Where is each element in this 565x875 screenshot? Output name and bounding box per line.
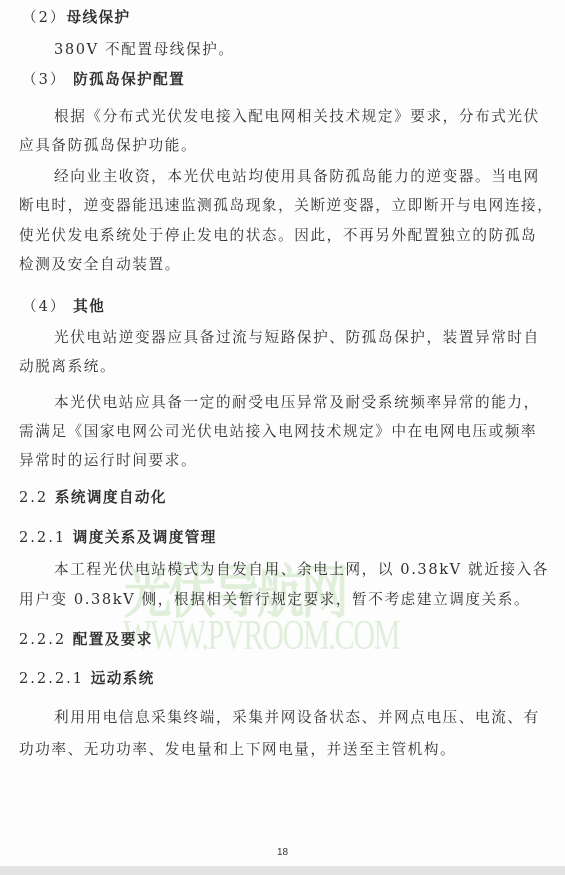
paragraph-line: 异常时的运行时间要求。 — [19, 451, 549, 471]
paragraph-line: 经向业主收资，本光伏电站均使用具备防孤岛能力的逆变器。当电网 — [54, 167, 565, 187]
paragraph-line: 380V 不配置母线保护。 — [54, 40, 565, 60]
paragraph-line: 断电时，逆变器能迅速监测孤岛现象，关断逆变器，立即断开与电网连接， — [19, 196, 549, 216]
paragraph-line: 使光伏发电系统处于停止发电的状态。因此，不再另外配置独立的防孤岛 — [19, 226, 549, 246]
paragraph-line: 检测及安全自动装置。 — [19, 255, 549, 275]
section-number: 2.2 — [19, 489, 55, 506]
bottom-scroll-edge — [0, 866, 565, 875]
section-heading: 2.2.1 调度关系及调度管理 — [19, 528, 549, 548]
section-heading: 2.2 系统调度自动化 — [19, 488, 549, 508]
section-title: 远动系统 — [91, 670, 155, 687]
section-number: 2.2.2.1 — [19, 670, 91, 687]
section-heading: （3） 防孤岛保护配置 — [22, 70, 552, 90]
paragraph-line: 需满足《国家电网公司光伏电站接入电网技术规定》中在电网电压或频率 — [19, 422, 549, 442]
document-page: 光伏导航网 WWW.PVROOM.COM （2）母线保护380V 不配置母线保护… — [0, 0, 565, 866]
document-body: （2）母线保护380V 不配置母线保护。（3） 防孤岛保护配置根据《分布式光伏发… — [0, 0, 565, 866]
paragraph-line: 应具备防孤岛保护功能。 — [19, 136, 549, 156]
paragraph-line: 本光伏电站应具备一定的耐受电压异常及耐受系统频率异常的能力， — [54, 393, 565, 413]
paragraph-line: 功功率、无功功率、发电量和上下网电量，并送至主管机构。 — [19, 740, 549, 760]
section-number: 2.2.1 — [19, 529, 73, 546]
paragraph-line: 用户变 0.38kV 侧，根据相关暂行规定要求，暂不考虑建立调度关系。 — [19, 590, 549, 610]
section-title: 母线保护 — [66, 9, 130, 26]
paragraph-line: 本工程光伏电站模式为自发自用、余电上网，以 0.38kV 就近接入各 — [54, 560, 565, 580]
section-heading: 2.2.2 配置及要求 — [19, 630, 549, 650]
paragraph-line: 根据《分布式光伏发电接入配电网相关技术规定》要求，分布式光伏 — [54, 107, 565, 127]
paragraph-line: 利用用电信息采集终端，采集并网设备状态、并网点电压、电流、有 — [54, 708, 565, 728]
section-heading: 2.2.2.1 远动系统 — [19, 669, 549, 689]
section-number: （2） — [22, 9, 66, 26]
section-title: 其他 — [73, 298, 105, 315]
section-heading: （4） 其他 — [22, 297, 552, 317]
section-number: （4） — [22, 298, 73, 315]
paragraph-line: 动脱离系统。 — [19, 357, 549, 377]
section-number: 2.2.2 — [19, 631, 73, 648]
section-heading: （2）母线保护 — [22, 8, 552, 28]
section-title: 防孤岛保护配置 — [73, 71, 185, 88]
section-title: 调度关系及调度管理 — [73, 529, 217, 546]
section-title: 系统调度自动化 — [55, 489, 167, 506]
paragraph-line: 光伏电站逆变器应具备过流与短路保护、防孤岛保护，装置异常时自 — [54, 328, 565, 348]
section-number: （3） — [22, 71, 73, 88]
section-title: 配置及要求 — [73, 631, 153, 648]
